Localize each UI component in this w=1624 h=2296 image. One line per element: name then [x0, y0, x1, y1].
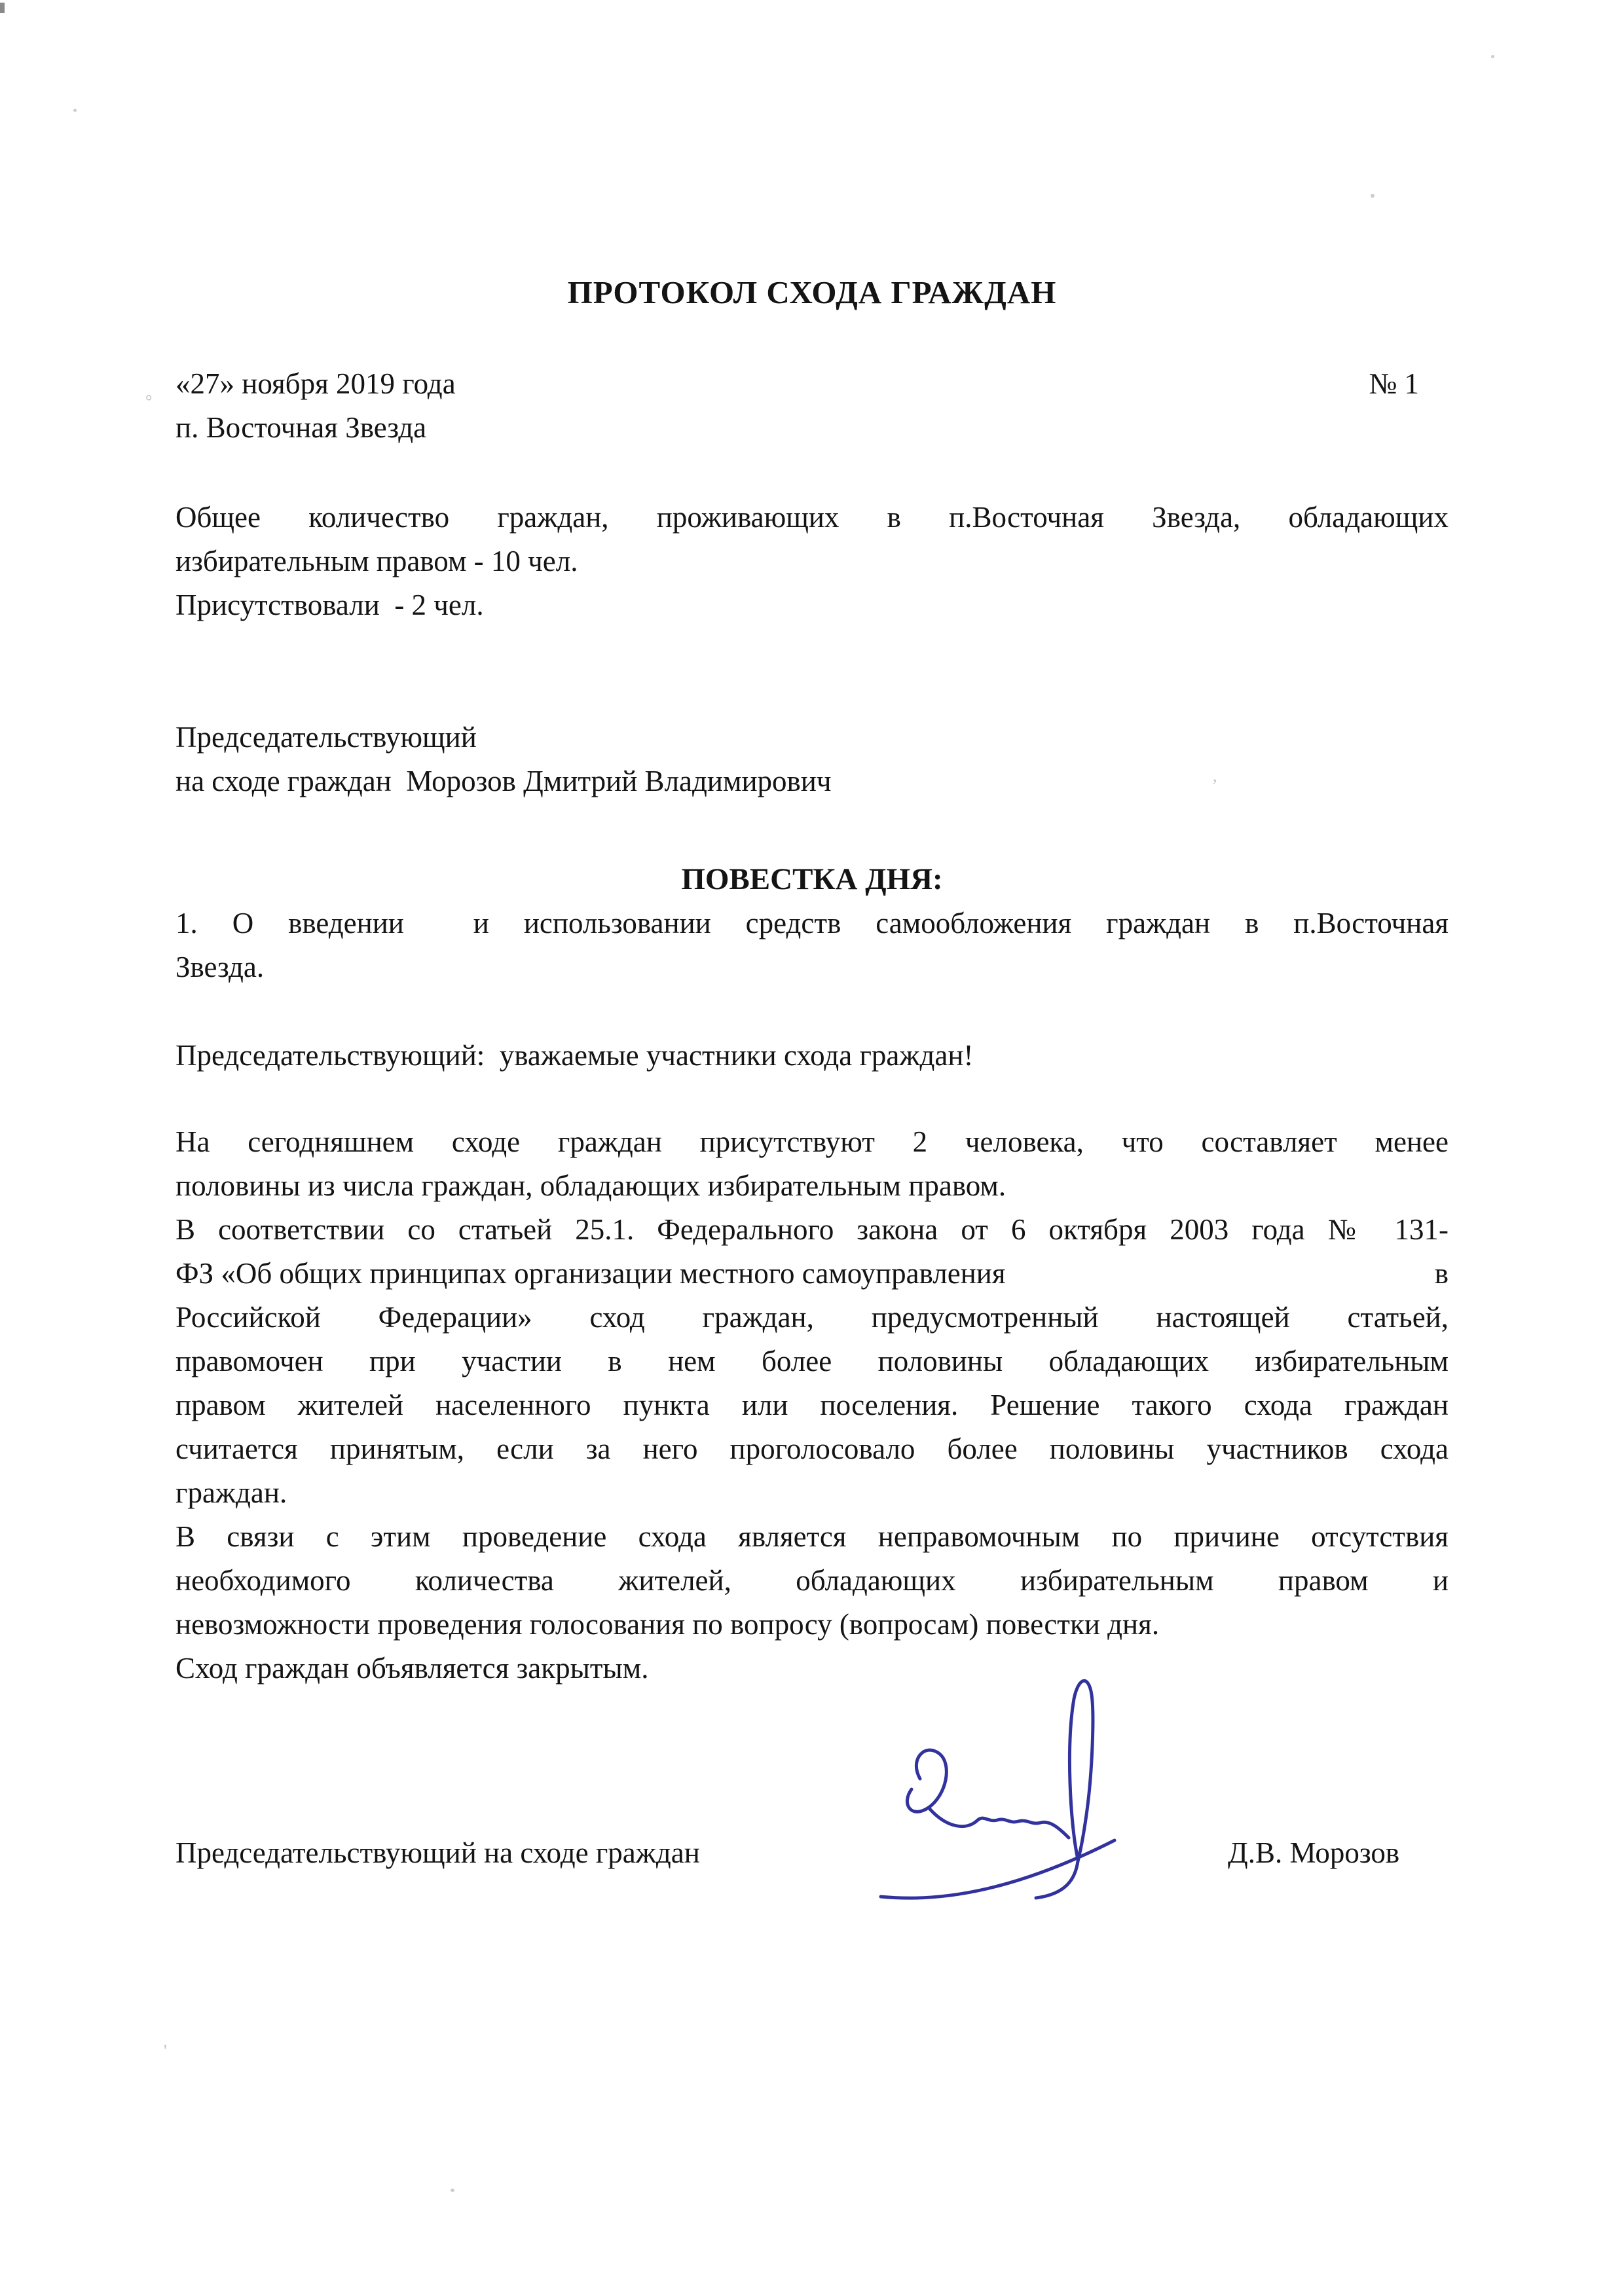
scan-speck: ° [145, 393, 152, 410]
body-line: На сегодняшнем сходе граждан присутствую… [175, 1120, 1449, 1164]
agenda-heading: ПОВЕСТКА ДНЯ: [175, 858, 1449, 902]
handwritten-signature-ink [805, 1673, 1126, 1902]
body-line: необходимого количества жителей, обладаю… [175, 1559, 1449, 1603]
body-line: В связи с этим проведение схода является… [175, 1515, 1449, 1559]
agenda-item: Звезда. [175, 945, 1449, 989]
chairman-line: на сходе граждан Морозов Дмитрий Владими… [175, 759, 1449, 803]
body-line: половины из числа граждан, обладающих из… [175, 1164, 1449, 1208]
paragraph-line: Общее количество граждан, проживающих в … [175, 496, 1449, 539]
signature-label: Председательствующий на сходе граждан [175, 1831, 700, 1875]
body-line: правом жителей населенного пункта или по… [175, 1383, 1449, 1427]
agenda-item: 1. О введении и использовании средств са… [175, 902, 1449, 945]
doc-title: ПРОТОКОЛ СХОДА ГРАЖДАН [175, 270, 1449, 314]
body-line: считается принятым, если за него проголо… [175, 1427, 1449, 1471]
body-paragraphs: На сегодняшнем сходе граждан присутствую… [175, 1120, 1449, 1690]
scan-speck: ' [164, 2043, 167, 2060]
date-number-row: «27» ноября 2019 года № 1 [175, 362, 1449, 406]
paragraph-line: Присутствовали - 2 чел. [175, 583, 1449, 627]
population-paragraph: Общее количество граждан, проживающих в … [175, 496, 1449, 627]
scan-speck [451, 2189, 454, 2192]
body-line: Российской Федерации» сход граждан, пред… [175, 1296, 1449, 1339]
scan-edge-artifact [0, 3, 5, 13]
doc-date: «27» ноября 2019 года [175, 362, 456, 406]
body-line-left: ФЗ «Об общих принципах организации местн… [175, 1252, 1006, 1296]
body-line-right: в [1435, 1252, 1449, 1296]
scan-speck [73, 109, 77, 112]
signature-name: Д.В. Морозов [1228, 1831, 1399, 1875]
body-line: граждан. [175, 1471, 1449, 1515]
doc-place: п. Восточная Звезда [175, 406, 1449, 450]
body-line: невозможности проведения голосования по … [175, 1603, 1449, 1647]
body-line: правомочен при участии в нем более полов… [175, 1339, 1449, 1383]
doc-number: № 1 [1369, 362, 1419, 406]
body-line: В соответствии со статьей 25.1. Федераль… [175, 1208, 1449, 1252]
signature-row: Председательствующий на сходе граждан Д.… [175, 1831, 1449, 1923]
scan-speck [1491, 55, 1494, 58]
chairman-block: Председательствующий на сходе граждан Мо… [175, 716, 1449, 803]
body-line: ФЗ «Об общих принципах организации местн… [175, 1252, 1449, 1296]
chairman-line: Председательствующий [175, 716, 1449, 759]
paragraph-line: избирательным правом - 10 чел. [175, 539, 1449, 583]
protocol-document: ПРОТОКОЛ СХОДА ГРАЖДАН «27» ноября 2019 … [175, 0, 1449, 1923]
chairman-address: Председательствующий: уважаемые участник… [175, 1034, 1449, 1078]
